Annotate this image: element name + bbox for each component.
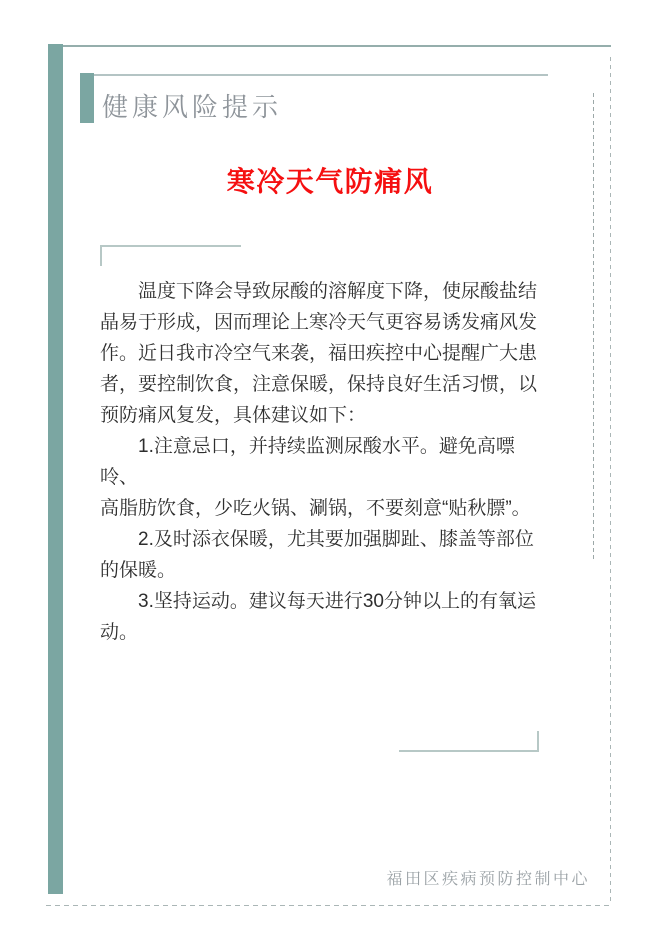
paragraph-advice-2: 2.及时添衣保暖，尤其要加强脚趾、膝盖等部位 的保暖。 — [100, 524, 550, 586]
corner-bracket-top-left — [100, 245, 241, 266]
kicker-label: 健康风险提示 — [102, 87, 282, 124]
kicker-accent-block — [80, 73, 94, 123]
dashed-inner-line-right — [593, 93, 594, 560]
page-title: 寒冷天气防痛风 — [80, 160, 580, 200]
left-accent-bar — [48, 44, 63, 894]
kicker-underline — [94, 74, 548, 76]
paragraph-advice-1: 1.注意忌口，并持续监测尿酸水平。避免高嘌呤、 高脂肪饮食，少吃火锅、涮锅，不要… — [100, 431, 550, 524]
notice-body: 温度下降会导致尿酸的溶解度下降，使尿酸盐结 晶易于形成，因而理论上寒冷天气更容易… — [100, 276, 550, 648]
corner-bracket-bottom-right — [399, 731, 539, 752]
paragraph-advice-3: 3.坚持运动。建议每天进行30分钟以上的有氧运 动。 — [100, 586, 550, 648]
footer-organization: 福田区疾病预防控制中心 — [386, 866, 590, 889]
dashed-border-right — [610, 57, 611, 905]
health-notice-poster: 健康风险提示 寒冷天气防痛风 温度下降会导致尿酸的溶解度下降，使尿酸盐结 晶易于… — [0, 0, 660, 952]
dashed-border-bottom — [46, 905, 610, 906]
paragraph-intro: 温度下降会导致尿酸的溶解度下降，使尿酸盐结 晶易于形成，因而理论上寒冷天气更容易… — [100, 276, 550, 431]
top-accent-line — [63, 45, 611, 47]
